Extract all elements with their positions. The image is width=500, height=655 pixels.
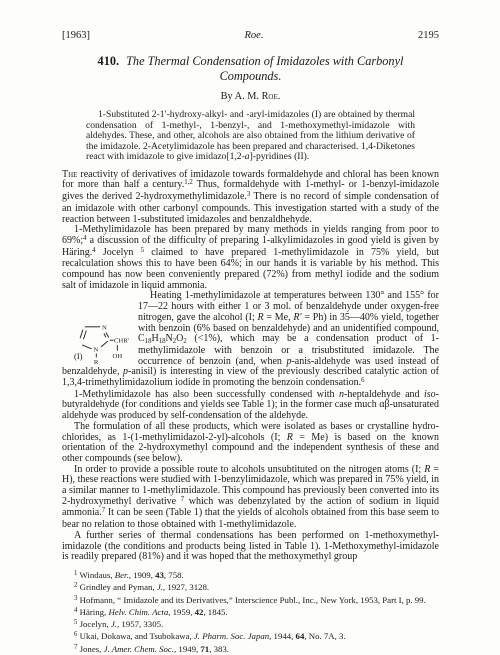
article-body: The reactivity of derivatives of imidazo…	[62, 170, 439, 563]
article-title-line1: 410.The Thermal Condensation of Imidazol…	[62, 54, 439, 69]
paragraph-methoxymethyl: A further series of thermal condensation…	[62, 531, 439, 563]
abstract: 1-Substituted 2-1′-hydroxy-alkyl- and -a…	[86, 110, 415, 163]
paragraph-methylimidazole-prep: 1-Methylimidazole has been prepared by m…	[62, 225, 439, 291]
article-title: 410.The Thermal Condensation of Imidazol…	[62, 54, 439, 83]
article-number: 410.	[98, 54, 120, 68]
page-number: 2195	[418, 30, 439, 41]
footnote-5: 5 Jocelyn, J., 1957, 3305.	[62, 619, 439, 631]
substituent-chr-label: CHR′	[114, 337, 130, 344]
footnote-3: 3 Hofmann, “ Imidazole and its Derivativ…	[62, 595, 439, 607]
footnote-4: 4 Häring, Helv. Chim. Acta, 1959, 42, 18…	[62, 607, 439, 619]
hydroxyl-label: OH	[113, 353, 123, 360]
footnote-1: 1 Windaus, Ber., 1909, 43, 758.	[62, 570, 439, 582]
paragraph-other-aldehydes: 1-Methylimidazole has also been successf…	[62, 390, 439, 422]
journal-page: [1963] Roe. 2195 410.The Thermal Condens…	[0, 0, 500, 655]
figure-label: (I)	[62, 351, 83, 362]
running-header: [1963] Roe. 2195	[62, 30, 439, 41]
paragraph-intro: The reactivity of derivatives of imidazo…	[62, 170, 439, 226]
paragraph-heating-reaction: N N CHR′ OH R (I) Heating 1-methylimidaz…	[62, 291, 439, 389]
footnote-6: 6 Ukai, Dokawa, and Tsubokawa, J. Pharm.…	[62, 631, 439, 643]
year-label: [1963]	[62, 30, 90, 41]
page-content: [1963] Roe. 2195 410.The Thermal Condens…	[62, 30, 439, 655]
article-title-line2: Compounds.	[62, 69, 439, 84]
paragraph-formulation: The formulation of all these products, w…	[62, 422, 439, 465]
article-title-text: The Thermal Condensation of Imidazoles w…	[126, 54, 403, 68]
ring-nitrogen-1-label: N	[93, 347, 98, 354]
r-group-label: R	[94, 359, 99, 365]
footnote-2: 2 Grindley and Pyman, J., 1927, 3128.	[62, 582, 439, 594]
byline: By A. M. Roe.	[62, 91, 439, 102]
footnotes: 1 Windaus, Ber., 1909, 43, 758. 2 Grindl…	[62, 570, 439, 655]
paragraph-benzylimidazole: In order to provide a possible route to …	[62, 465, 439, 531]
footnote-7: 7 Jones, J. Amer. Chem. Soc., 1949, 71, …	[62, 644, 439, 655]
running-author: Roe.	[245, 30, 264, 41]
structure-figure-I: N N CHR′ OH R (I)	[62, 323, 134, 365]
ring-nitrogen-3-label: N	[102, 325, 107, 332]
